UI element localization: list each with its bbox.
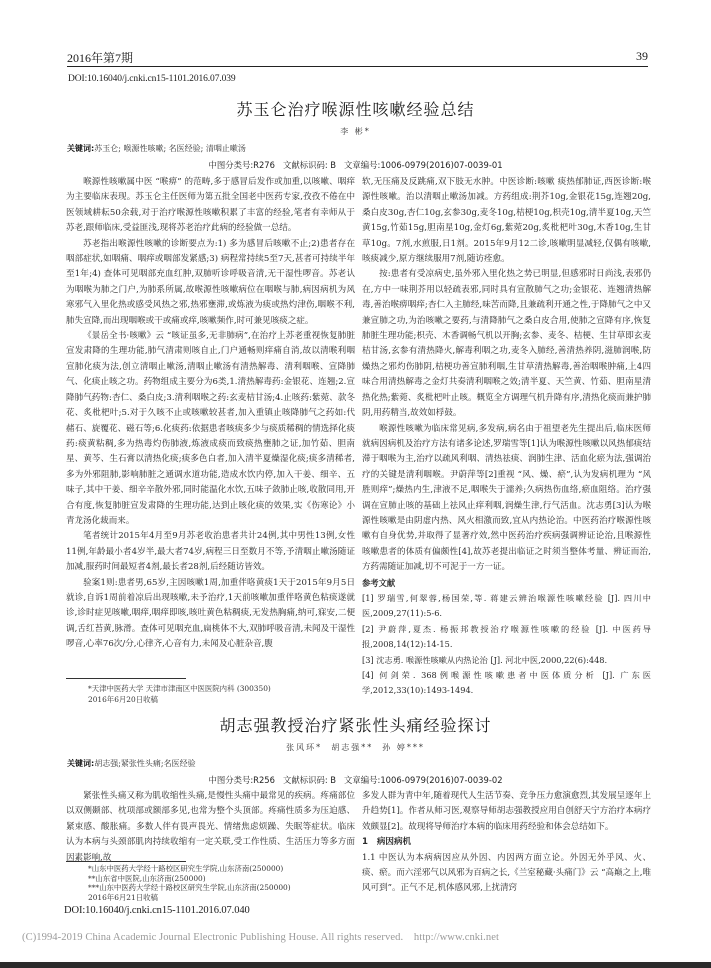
paragraph: 按:患者有受凉病史,虽外邪入里化热之势已明显,但感邪时日尚浅,表邪仍在,方中一味… xyxy=(362,267,651,421)
article1-footnotes: *天津中医药大学 天津市津南区中医医院内科 (300350) 2016年6月20… xyxy=(88,683,271,705)
article1-doi: DOI:10.16040/j.cnki.cn15-1101.2016.07.03… xyxy=(68,74,236,84)
paragraph: 验案1则:患者男,65岁,主因咳嗽1周,加重伴咯黄痰1天于2015年9月5日就诊… xyxy=(66,576,355,653)
keywords-label: 关键词: xyxy=(67,759,94,768)
keywords-label: 关键词: xyxy=(67,144,94,153)
copyright-watermark: (C)1994-2019 China Academic Journal Elec… xyxy=(22,932,499,943)
article1-left-column: 喉源性咳嗽属中医 “喉痹” 的范畴,多于感冒后发作或加重,以咳嗽、咽痒为主要临床… xyxy=(66,175,355,653)
article2-title: 胡志强教授治疗紧张性头痛经验探讨 xyxy=(0,713,711,736)
references-heading: 参考文献 xyxy=(362,576,651,591)
paragraph: 1.1 中医认为本病病因应从外因、内因两方面立论。外因无外乎风、火、痰、瘀。而六… xyxy=(362,851,651,897)
section-heading: 1 病因病机 xyxy=(362,835,651,850)
received-date: 2016年6月20日收稿 xyxy=(88,694,271,705)
article2-doi: DOI:10.16040/j.cnki.cn15-1101.2016.07.04… xyxy=(64,905,250,916)
running-head: 2016年第7期 39 xyxy=(67,48,648,67)
issue-label: 2016年第7期 xyxy=(67,49,133,66)
affiliation-note: ***山东中医药大学经十路校区研究生学院,山东济南(250000) xyxy=(88,883,291,893)
article2-keywords: 关键词:胡志强;紧张性头痛;名医经验 xyxy=(67,758,196,769)
bottom-border xyxy=(0,962,711,968)
affiliation-note: *天津中医药大学 天津市津南区中医医院内科 (300350) xyxy=(88,683,271,694)
keywords-text: 胡志强;紧张性头痛;名医经验 xyxy=(94,759,195,768)
article2-footnotes: *山东中医药大学经十路校区研究生学院,山东济南(250000) **山东省中医院… xyxy=(88,864,291,902)
reference-item: [4] 何剑荣. 368例喉源性咳嗽患者中医体质分析 [J]. 广东医学,201… xyxy=(362,668,651,699)
affiliation-note: *山东中医药大学经十路校区研究生学院,山东济南(250000) xyxy=(88,864,291,874)
reference-item: [2] 尹蔚萍,夏杰. 杨振邦教授治疗喉源性咳嗽的经验 [J]. 中医药导报,2… xyxy=(362,622,651,653)
article1-classification: 中图分类号:R276 文献标识码: B 文章编号:1006-0979(2016)… xyxy=(0,159,711,171)
received-date: 2016年6月21日收稿 xyxy=(88,893,291,903)
affiliation-note: **山东省中医院,山东济南(250000) xyxy=(88,874,291,884)
paragraph: 喉源性咳嗽为临床常见病,多发病,病名由于祖望老先生提出后,临床医师就病因病机及治… xyxy=(362,422,651,576)
paragraph: 苏老指出喉源性咳嗽的诊断要点为:1) 多为感冒后咳嗽不止;2)患者存在咽部症状,… xyxy=(66,237,355,329)
footnote-divider xyxy=(66,861,186,862)
paragraph: 软,无压痛及反跳痛,双下肢无水肿。中医诊断:咳嗽 痰热郁肺证,西医诊断:喉源性咳… xyxy=(362,175,651,267)
article1-keywords: 关键词:苏玉仑; 喉源性咳嗽; 名医经验; 清咽止嗽汤 xyxy=(67,143,246,154)
reference-item: [3] 沈志勇. 喉源性咳嗽从内热论治 [J]. 河北中医,2000,22(6)… xyxy=(362,653,651,668)
paragraph: 喉源性咳嗽属中医 “喉痹” 的范畴,多于感冒后发作或加重,以咳嗽、咽痒为主要临床… xyxy=(66,175,355,237)
article2-authors: 张风环* 胡志强** 孙 婷*** xyxy=(0,742,711,753)
article2-right-column: 多发人群为青中年,随着现代人生活节奏、竞争压力愈演愈烈,其发展呈逐年上升趋势[1… xyxy=(362,789,651,897)
paragraph: 《景岳全书·咳嗽》云 “咳证虽多,无非肺病”,在治疗上苏老重视恢复肺脏宣发肃降的… xyxy=(66,329,355,529)
article1-title: 苏玉仑治疗喉源性咳嗽经验总结 xyxy=(0,97,711,120)
article1-right-column: 软,无压痛及反跳痛,双下肢无水肿。中医诊断:咳嗽 痰热郁肺证,西医诊断:喉源性咳… xyxy=(362,175,651,699)
paragraph: 笔者统计2015年4月至9月苏老收治患者共计24例,其中男性13例,女性11例,… xyxy=(66,529,355,575)
page-number: 39 xyxy=(636,49,648,64)
article2-classification: 中图分类号:R256 文献标识码: B 文章编号:1006-0979(2016)… xyxy=(0,774,711,786)
paragraph: 多发人群为青中年,随着现代人生活节奏、竞争压力愈演愈烈,其发展呈逐年上升趋势[1… xyxy=(362,789,651,835)
paragraph: 紧张性头痛又称为肌收缩性头痛,是慢性头痛中最常见的疾病。疼痛部位以双侧颞部、枕项… xyxy=(66,789,355,866)
footnote-divider xyxy=(66,678,186,679)
reference-item: [1] 罗瑞雪,何翠蓉,杨国荣,等. 蒋建云辨治喉源性咳嗽经验 [J]. 四川中… xyxy=(362,591,651,622)
journal-page: 2016年第7期 39 DOI:10.16040/j.cnki.cn15-110… xyxy=(0,0,711,968)
article1-authors: 李 彬* xyxy=(0,126,711,137)
article2-left-column: 紧张性头痛又称为肌收缩性头痛,是慢性头痛中最常见的疾病。疼痛部位以双侧颞部、枕项… xyxy=(66,789,355,866)
keywords-text: 苏玉仑; 喉源性咳嗽; 名医经验; 清咽止嗽汤 xyxy=(94,144,246,153)
